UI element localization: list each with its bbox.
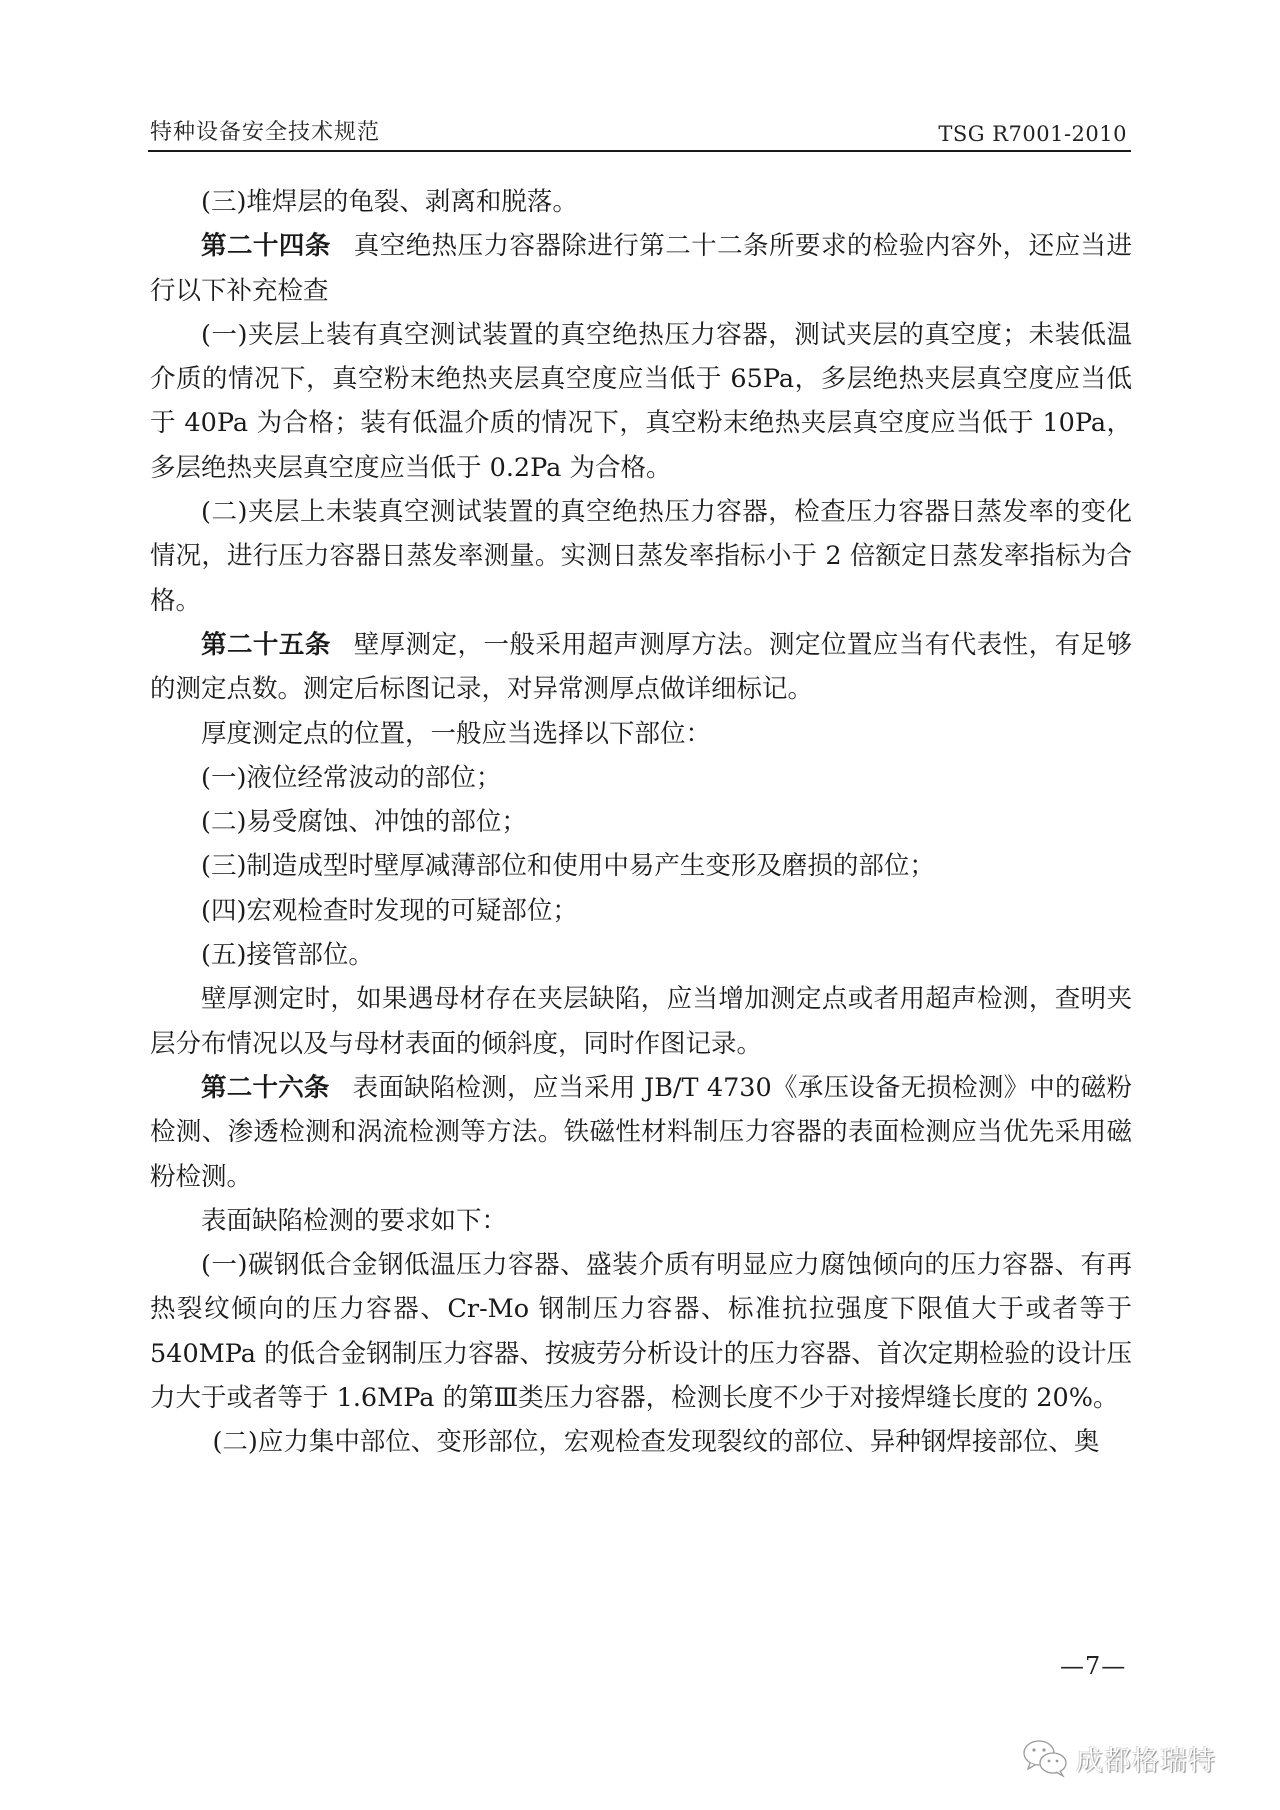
header-title: 特种设备安全技术规范 (150, 115, 380, 146)
paragraph-text: (一)碳钢低合金钢低温压力容器、盛装介质有明显应力腐蚀倾向的压力容器、有再热裂纹… (150, 1250, 1132, 1413)
list-item: (五)接管部位。 (150, 933, 1132, 977)
article-number: 第二十四条 (201, 231, 331, 261)
list-item: (二)易受腐蚀、冲蚀的部位； (150, 800, 1132, 844)
paragraph-text: (二)夹层上未装真空测试装置的真空绝热压力容器，检查压力容器日蒸发率的变化情况，… (150, 497, 1132, 616)
paragraph-text: (三)制造成型时壁厚减薄部位和使用中易产生变形及磨损的部位； (201, 851, 935, 881)
paragraph-text: 厚度测定点的位置，一般应当选择以下部位： (201, 719, 711, 749)
list-item: (四)宏观检查时发现的可疑部位； (150, 889, 1132, 933)
item-paragraph: (三)堆焊层的龟裂、剥离和脱落。 (150, 180, 1132, 224)
article-number: 第二十五条 (201, 630, 331, 660)
wechat-icon (1022, 1738, 1070, 1778)
item-paragraph: (一)夹层上装有真空测试装置的真空绝热压力容器，测试夹层的真空度；未装低温介质的… (150, 313, 1132, 490)
paragraph-text: (一)液位经常波动的部位； (201, 763, 501, 793)
paragraph-text: (一)夹层上装有真空测试装置的真空绝热压力容器，测试夹层的真空度；未装低温介质的… (150, 320, 1132, 483)
page-header: 特种设备安全技术规范 TSG R7001-2010 (148, 122, 1131, 152)
article-number: 第二十六条 (201, 1073, 330, 1103)
paragraph-text: (二)应力集中部位、变形部位，宏观检查发现裂纹的部位、异种钢焊接部位、奥 (212, 1427, 1099, 1457)
item-paragraph: (一)碳钢低合金钢低温压力容器、盛装介质有明显应力腐蚀倾向的压力容器、有再热裂纹… (150, 1243, 1132, 1420)
page-number: —7— (1060, 1652, 1126, 1680)
article-paragraph-24: 第二十四条真空绝热压力容器除进行第二十二条所要求的检验内容外，还应当进行以下补充… (150, 224, 1132, 313)
header-standard-code: TSG R7001-2010 (938, 122, 1127, 146)
document-body: (三)堆焊层的龟裂、剥离和脱落。 第二十四条真空绝热压力容器除进行第二十二条所要… (150, 180, 1132, 1465)
list-item: (一)液位经常波动的部位； (150, 756, 1132, 800)
paragraph-text: (四)宏观检查时发现的可疑部位； (201, 896, 578, 926)
paragraph-text: (三)堆焊层的龟裂、剥离和脱落。 (201, 187, 578, 217)
article-paragraph-26: 第二十六条表面缺陷检测，应当采用 JB/T 4730《承压设备无损检测》中的磁粉… (150, 1066, 1132, 1199)
text-paragraph: 壁厚测定时，如果遇母材存在夹层缺陷，应当增加测定点或者用超声检测，查明夹层分布情… (150, 977, 1132, 1066)
text-paragraph: 厚度测定点的位置，一般应当选择以下部位： (150, 712, 1132, 756)
article-paragraph-25: 第二十五条壁厚测定，一般采用超声测厚方法。测定位置应当有代表性，有足够的测定点数… (150, 623, 1132, 712)
text-paragraph: 表面缺陷检测的要求如下： (150, 1199, 1132, 1243)
paragraph-text: 表面缺陷检测的要求如下： (201, 1206, 507, 1236)
watermark: 成都格瑞特 (1022, 1738, 1216, 1778)
paragraph-text: 壁厚测定时，如果遇母材存在夹层缺陷，应当增加测定点或者用超声检测，查明夹层分布情… (150, 984, 1132, 1058)
paragraph-text: (五)接管部位。 (201, 940, 374, 970)
item-paragraph: (二)应力集中部位、变形部位，宏观检查发现裂纹的部位、异种钢焊接部位、奥 (150, 1420, 1132, 1464)
paragraph-text: (二)易受腐蚀、冲蚀的部位； (201, 807, 527, 837)
watermark-label: 成都格瑞特 (1076, 1739, 1216, 1778)
item-paragraph: (二)夹层上未装真空测试装置的真空绝热压力容器，检查压力容器日蒸发率的变化情况，… (150, 490, 1132, 623)
list-item: (三)制造成型时壁厚减薄部位和使用中易产生变形及磨损的部位； (150, 844, 1132, 888)
